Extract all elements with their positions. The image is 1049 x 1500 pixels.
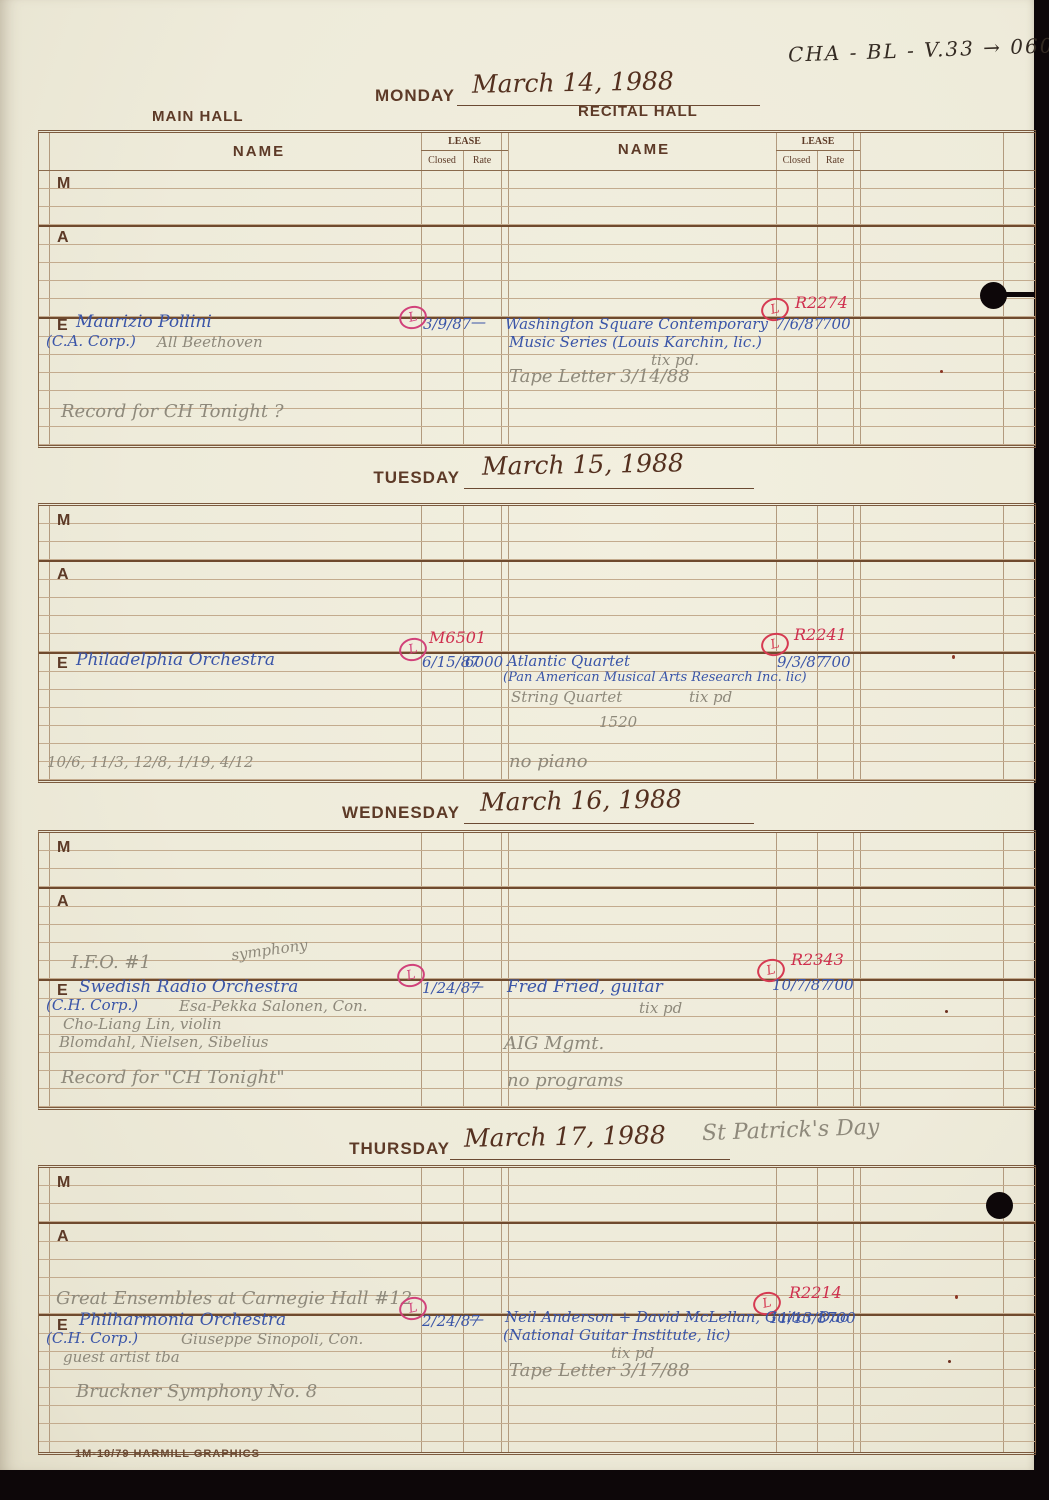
closed-column-header: Closed: [776, 155, 817, 166]
main-lease-rate: —: [469, 1310, 484, 1328]
row-label-afternoon: A: [57, 229, 69, 247]
day-block-thursday: M A E Great Ensembles at Carnegie Hall #…: [38, 1165, 1036, 1455]
recital-memo-note: no piano: [509, 751, 588, 772]
main-series-note: I.F.O. #1: [71, 952, 151, 973]
recital-booking-ref: R2343: [791, 950, 844, 969]
recital-paid-note: tix pd: [689, 688, 732, 706]
row-label-afternoon: A: [57, 1228, 69, 1246]
archive-annotation: CHA - BL - V.33 → 060: [788, 33, 1049, 66]
main-artist-entry: Philadelphia Orchestra: [76, 650, 275, 670]
morning-section: [39, 1168, 1035, 1222]
recital-artist-entry: Fred Fried, guitar: [507, 977, 663, 997]
recital-time-note: 1520: [599, 713, 637, 731]
name-column-header: NAME: [519, 141, 769, 158]
recital-lease-closed-date: 7/6/87: [775, 315, 823, 333]
recital-hall-label: RECITAL HALL: [578, 103, 698, 120]
recital-lease-rate: 700: [822, 653, 851, 671]
recital-artist-entry: Washington Square Contemporary: [505, 315, 768, 333]
recital-artist-entry: Neil Anderson + David McLellan, Guitar D…: [505, 1308, 849, 1326]
day-block-wednesday: M A E I.F.O. #1 symphony Swedish Radio O…: [38, 830, 1036, 1110]
recital-presenter: Music Series (Louis Karchin, lic.): [509, 333, 762, 351]
hole-punch-tear: [1002, 292, 1034, 297]
ink-speck: [952, 655, 955, 659]
recital-lease-closed-date: 10/7/87: [772, 976, 830, 994]
main-series-note: Great Ensembles at Carnegie Hall #12: [56, 1288, 412, 1309]
main-hall-label: MAIN HALL: [152, 108, 244, 125]
date-underline: [464, 823, 754, 824]
recital-booking-ref: R2274: [795, 293, 848, 312]
hole-punch: [986, 1192, 1013, 1219]
row-label-morning: M: [57, 512, 70, 530]
ledger-paper: CHA - BL - V.33 → 060 MONDAY March 14, 1…: [0, 0, 1034, 1470]
rate-column-header: Rate: [817, 155, 853, 166]
recital-lease-closed-date: 9/3/87: [777, 653, 825, 671]
recital-presenter: (National Guitar Institute, lic): [503, 1326, 730, 1344]
day-label-monday: MONDAY: [330, 86, 455, 106]
day-label-wednesday: WEDNESDAY: [280, 803, 460, 823]
recital-booking-ref: R2214: [789, 1283, 842, 1302]
main-artist-entry: Philharmonia Orchestra: [79, 1310, 286, 1330]
main-lease-rate: 6000: [465, 653, 503, 671]
recital-lease-rate: 700: [822, 315, 851, 333]
main-program-note: Blomdahl, Nielsen, Sibelius: [59, 1033, 269, 1051]
closed-column-header: Closed: [421, 155, 463, 166]
recital-presenter: (Pan American Musical Arts Research Inc.…: [503, 670, 807, 685]
main-presenter: (C.A. Corp.): [46, 332, 136, 350]
row-label-morning: M: [57, 839, 70, 857]
day-label-tuesday: TUESDAY: [320, 468, 460, 488]
recital-ensemble-note: String Quartet: [511, 688, 622, 706]
day-block-monday: NAME LEASE Closed Rate NAME LEASE Closed…: [38, 130, 1036, 448]
main-program-note: All Beethoven: [157, 333, 263, 351]
main-lease-rate: —: [471, 313, 486, 331]
row-label-morning: M: [57, 175, 70, 193]
date-underline: [464, 488, 754, 489]
rate-column-header: Rate: [463, 155, 501, 166]
main-soloist-note: guest artist tba: [63, 1348, 180, 1366]
main-artist-entry: Maurizio Pollini: [76, 312, 212, 332]
main-presenter: (C.H. Corp.): [46, 996, 138, 1014]
table-header: NAME LEASE Closed Rate NAME LEASE Closed…: [39, 133, 1035, 171]
ink-speck: [948, 1360, 951, 1363]
date-underline: [450, 1159, 730, 1160]
ink-speck: [940, 370, 943, 373]
ink-speck: [955, 1295, 958, 1299]
scanned-ledger-page: { "annotation": "CHA - BL - V.33 \u2192 …: [0, 0, 1049, 1500]
main-program-note: Bruckner Symphony No. 8: [76, 1381, 317, 1402]
main-lease-closed-date: 3/9/87: [423, 315, 471, 333]
row-label-morning: M: [57, 1174, 70, 1192]
recital-booking-ref: R2241: [794, 625, 847, 644]
recital-memo-note: no programs: [507, 1070, 623, 1091]
main-artist-entry: Swedish Radio Orchestra: [79, 977, 298, 997]
main-conductor-note: Giuseppe Sinopoli, Con.: [181, 1330, 363, 1348]
lease-header: LEASE: [776, 136, 860, 147]
main-lease-rate: —: [469, 977, 484, 995]
recital-artist-entry: Atlantic Quartet: [507, 652, 630, 670]
holiday-note: St Patrick's Day: [702, 1115, 880, 1146]
main-booking-ref: M6501: [429, 628, 486, 647]
row-label-afternoon: A: [57, 893, 69, 911]
main-presenter: (C.H. Corp.): [46, 1329, 138, 1347]
recital-memo-note: Tape Letter 3/14/88: [509, 366, 690, 387]
lease-divider: [421, 150, 508, 151]
afternoon-section: [39, 887, 1035, 979]
morning-section: [39, 171, 1035, 225]
recital-lease-rate: 700: [825, 976, 854, 994]
date-handwritten-wednesday: March 16, 1988: [480, 784, 682, 817]
lease-header: LEASE: [421, 136, 508, 147]
recital-memo-note: Tape Letter 3/17/88: [509, 1360, 690, 1381]
morning-section: [39, 506, 1035, 560]
recital-mgmt-note: AIG Mgmt.: [504, 1033, 604, 1054]
date-handwritten-monday: March 14, 1988: [472, 66, 674, 99]
row-label-afternoon: A: [57, 566, 69, 584]
day-label-thursday: THURSDAY: [290, 1139, 450, 1159]
main-schedule-note: 10/6, 11/3, 12/8, 1/19, 4/12: [47, 753, 254, 771]
recital-paid-note: tix pd: [639, 999, 682, 1017]
main-memo-note: Record for "CH Tonight": [61, 1067, 285, 1088]
main-soloist-note: Cho-Liang Lin, violin: [63, 1015, 221, 1033]
date-handwritten-tuesday: March 15, 1988: [482, 448, 684, 481]
main-memo-note: Record for CH Tonight ?: [61, 401, 284, 422]
afternoon-section: [39, 225, 1035, 317]
morning-section: [39, 833, 1035, 887]
printer-imprint: 1M-10/79 HARMILL GRAPHICS: [75, 1448, 260, 1460]
ink-speck: [945, 1010, 948, 1013]
name-column-header: NAME: [99, 143, 419, 160]
day-block-tuesday: M A E Philadelphia Orchestra L M6501 6/1…: [38, 503, 1036, 783]
main-conductor-note: Esa-Pekka Salonen, Con.: [179, 997, 368, 1015]
row-label-evening: E: [57, 655, 68, 673]
afternoon-section: [39, 560, 1035, 652]
lease-divider: [776, 150, 860, 151]
date-handwritten-thursday: March 17, 1988: [464, 1120, 666, 1153]
